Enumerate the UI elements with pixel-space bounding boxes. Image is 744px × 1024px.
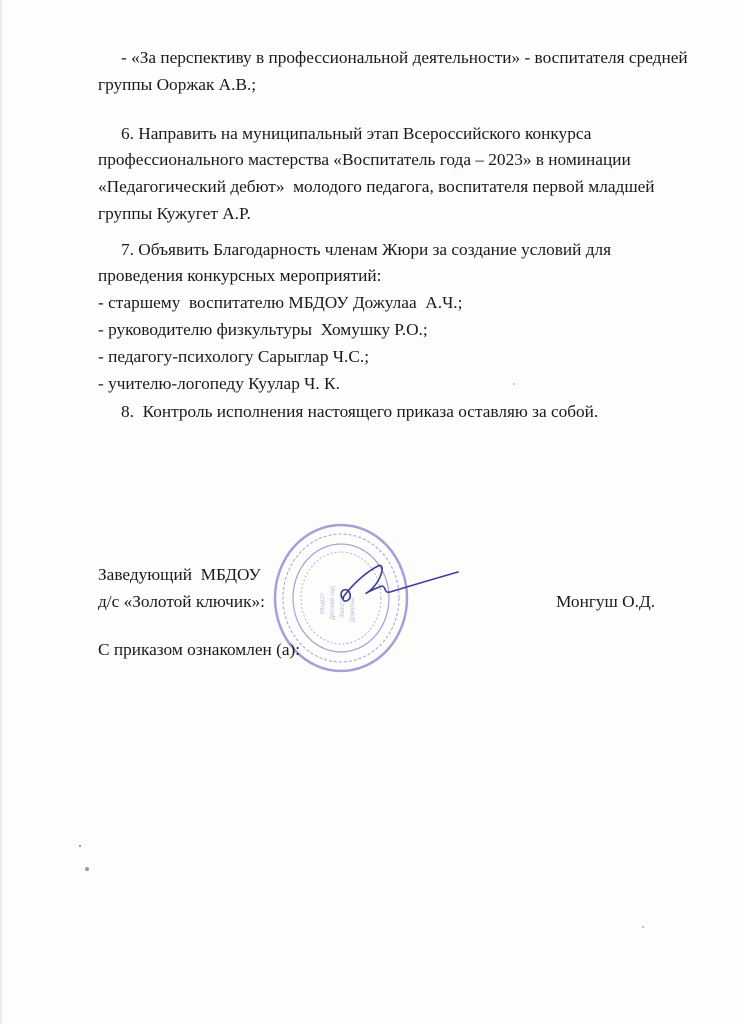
list-item: - учителю-логопеду Куулар Ч. К.	[98, 375, 340, 392]
list-item: - руководителю физкультуры Хомушку Р.О.;	[98, 321, 428, 338]
paragraph-line: 6. Направить на муниципальный этап Всеро…	[121, 125, 591, 142]
document-page: - «За перспективу в профессиональной дея…	[0, 0, 744, 1024]
paragraph-line: 8. Контроль исполнения настоящего приказ…	[121, 403, 598, 420]
svg-text:МБДОУ: МБДОУ	[320, 592, 326, 614]
paragraph-line: проведения конкурсных мероприятий:	[98, 267, 381, 284]
handwritten-signature	[330, 560, 460, 610]
acknowledgement-line: С приказом ознакомлен (а):	[98, 641, 300, 658]
paragraph-line: 7. Объявить Благодарность членам Жюри за…	[121, 241, 611, 258]
paragraph-line: группы Кужугет А.Р.	[98, 205, 251, 222]
scan-speck	[513, 383, 515, 385]
signer-name: Монгуш О.Д.	[556, 593, 655, 610]
scan-speck	[85, 867, 89, 871]
paragraph-line: «Педагогический дебют» молодого педагога…	[98, 178, 655, 195]
scan-edge	[0, 0, 3, 1024]
scan-speck	[79, 845, 81, 847]
list-item: - педагогу-психологу Сарыглар Ч.С.;	[98, 348, 369, 365]
list-item: - старшему воспитателю МБДОУ Дожулаа А.Ч…	[98, 294, 462, 311]
paragraph-line: группы Ооржак А.В.;	[98, 76, 256, 93]
signature-position-line-1: Заведующий МБДОУ	[98, 566, 261, 583]
scan-speck	[642, 926, 644, 928]
paragraph-line: - «За перспективу в профессиональной дея…	[121, 49, 688, 66]
paragraph-line: профессионального мастерства «Воспитател…	[98, 151, 631, 168]
signature-position-line-2: д/с «Золотой ключик»:	[98, 593, 265, 610]
